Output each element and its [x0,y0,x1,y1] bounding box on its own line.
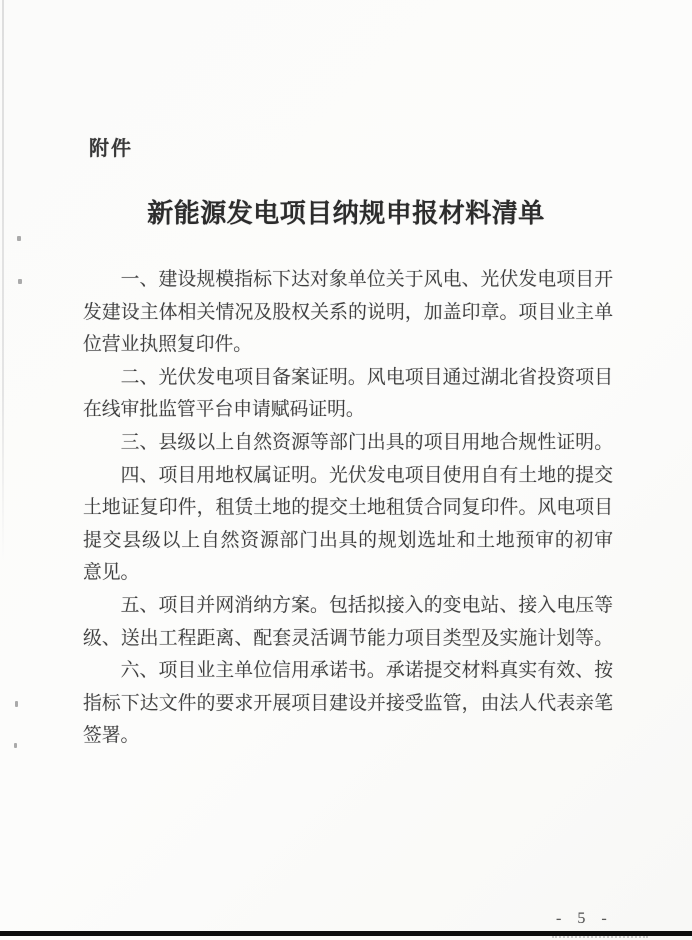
text-line: 意见。 [83,557,613,590]
text-line: 发建设主体相关情况及股权关系的说明，加盖印章。项目业主单 [83,297,613,330]
text-line: 位营业执照复印件。 [83,329,613,362]
text-line: 三、县级以上自然资源等部门出具的项目用地合规性证明。 [83,427,613,460]
scanned-document-page: 附件 新能源发电项目纳规申报材料清单 一、建设规模指标下达对象单位关于风电、光伏… [0,0,692,940]
attachment-label: 附件 [89,132,133,161]
text-line: 五、项目并网消纳方案。包括拟接入的变电站、接入电压等 [83,590,613,623]
text-line: 四、项目用地权属证明。光伏发电项目使用自有土地的提交 [83,460,613,493]
text-line: 六、项目业主单位信用承诺书。承诺提交材料真实有效、按 [83,655,613,688]
scan-speck [15,701,18,707]
paragraph-6: 六、项目业主单位信用承诺书。承诺提交材料真实有效、按 指标下达文件的要求开展项目… [83,655,613,753]
paragraph-2: 二、光伏发电项目备案证明。风电项目通过湖北省投资项目 在线审批监管平台申请赋码证… [83,362,613,427]
scan-speck [18,279,22,284]
paragraph-3: 三、县级以上自然资源等部门出具的项目用地合规性证明。 [83,427,613,460]
paragraph-5: 五、项目并网消纳方案。包括拟接入的变电站、接入电压等 级、送出工程距离、配套灵活… [83,590,613,655]
text-line: 二、光伏发电项目备案证明。风电项目通过湖北省投资项目 [83,362,613,395]
scan-artifact-dots [552,936,648,938]
text-line: 签署。 [83,720,613,753]
scan-speck [17,236,21,241]
document-body: 一、建设规模指标下达对象单位关于风电、光伏发电项目开 发建设主体相关情况及股权关… [83,264,613,753]
scan-edge-artifact [2,0,4,560]
text-line: 提交县级以上自然资源部门出具的规划选址和土地预审的初审 [83,525,613,558]
page-number: - 5 - [556,910,613,928]
scan-speck [14,743,17,748]
text-line: 土地证复印件，租赁土地的提交土地租赁合同复印件。风电项目 [83,492,613,525]
paragraph-4: 四、项目用地权属证明。光伏发电项目使用自有土地的提交 土地证复印件，租赁土地的提… [83,460,613,590]
text-line: 在线审批监管平台申请赋码证明。 [83,394,613,427]
text-line: 级、送出工程距离、配套灵活调节能力项目类型及实施计划等。 [83,623,613,656]
document-title: 新能源发电项目纳规申报材料清单 [0,193,692,230]
text-line: 一、建设规模指标下达对象单位关于风电、光伏发电项目开 [83,264,613,297]
paragraph-1: 一、建设规模指标下达对象单位关于风电、光伏发电项目开 发建设主体相关情况及股权关… [83,264,613,362]
text-line: 指标下达文件的要求开展项目建设并接受监管，由法人代表亲笔 [83,688,613,721]
